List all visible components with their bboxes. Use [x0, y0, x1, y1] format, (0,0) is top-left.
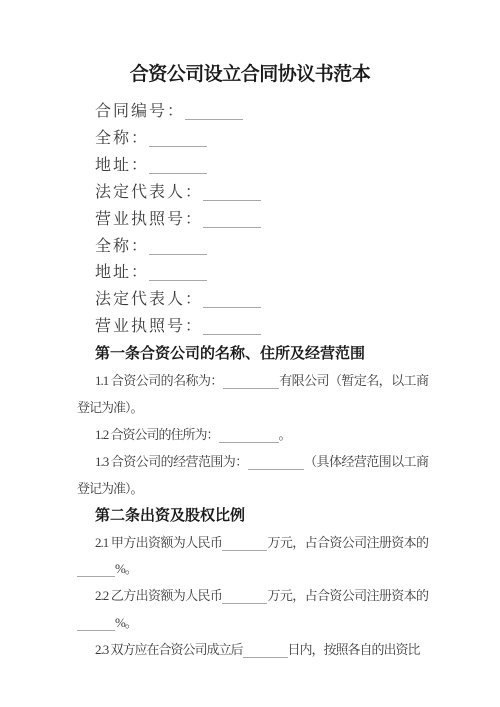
- field-blank: [185, 108, 243, 120]
- clause-text: 日内，按照各自的出资比: [288, 642, 420, 657]
- field-blank: [149, 162, 207, 174]
- fill-in-blank: [248, 458, 304, 470]
- section-heading: 第二条出资及股权比例: [77, 503, 428, 530]
- field-label: 合同编号：: [95, 103, 185, 120]
- field-label: 营业执照号：: [95, 318, 203, 335]
- field-blank: [149, 243, 207, 255]
- sections: 第一条合资公司的名称、住所及经营范围1.1 合资公司的名称为：有限公司（暂定名，…: [77, 341, 428, 664]
- clause-text: %。: [115, 561, 137, 576]
- field-line: 营业执照号：: [77, 314, 428, 341]
- field-label: 全称：: [95, 130, 149, 147]
- field-blank: [203, 216, 261, 228]
- fill-in-blank: [77, 565, 115, 577]
- field-line: 地址：: [77, 260, 428, 287]
- clause-text: 2.3 双方应在合资公司成立后: [95, 642, 243, 657]
- fill-in-blank: [222, 592, 267, 604]
- clause-text: 2.1 甲方出资额为人民币: [95, 535, 222, 550]
- clause-paragraph: 1.1 合资公司的名称为：有限公司（暂定名，以工商登记为准）。: [77, 368, 428, 422]
- field-label: 法定代表人：: [95, 291, 203, 308]
- field-line: 法定代表人：: [77, 180, 428, 207]
- field-label: 地址：: [95, 264, 149, 281]
- field-blank: [149, 269, 207, 281]
- clause-paragraph: 2.2 乙方出资额为人民币万元，占合资公司注册资本的%。: [77, 583, 428, 637]
- field-blank: [203, 323, 261, 335]
- field-line: 全称：: [77, 126, 428, 153]
- clause-paragraph: 1.2 合资公司的住所为：。: [77, 422, 428, 449]
- field-blank: [203, 296, 261, 308]
- field-label: 营业执照号：: [95, 211, 203, 228]
- fill-in-blank: [243, 646, 288, 658]
- field-label: 地址：: [95, 157, 149, 174]
- clause-paragraph: 1.3 合资公司的经营范围为：（具体经营范围以工商登记为准）。: [77, 449, 428, 503]
- fill-in-blank: [219, 431, 279, 443]
- field-line: 合同编号：: [77, 99, 428, 126]
- clause-paragraph: 2.3 双方应在合资公司成立后日内，按照各自的出资比: [77, 637, 428, 664]
- fields-list: 合同编号： 全称： 地址： 法定代表人： 营业执照号： 全称： 地址： 法定代表…: [77, 99, 428, 341]
- clause-text: 1.3 合资公司的经营范围为：: [95, 454, 248, 469]
- fill-in-blank: [223, 377, 279, 389]
- field-label: 全称：: [95, 238, 149, 255]
- field-label: 法定代表人：: [95, 184, 203, 201]
- section-heading: 第一条合资公司的名称、住所及经营范围: [77, 341, 428, 368]
- clause-text: 。: [279, 427, 291, 442]
- clause-text: 2.2 乙方出资额为人民币: [95, 588, 222, 603]
- clause-text: %。: [115, 615, 137, 630]
- document-page: 合资公司设立合同协议书范本 合同编号： 全称： 地址： 法定代表人： 营业执照号…: [0, 0, 500, 707]
- clause-text: 1.2 合资公司的住所为：: [95, 427, 219, 442]
- field-blank: [149, 135, 207, 147]
- fill-in-blank: [222, 539, 267, 551]
- clause-text: 万元，占合资公司注册资本的: [267, 535, 428, 550]
- field-blank: [203, 189, 261, 201]
- field-line: 地址：: [77, 153, 428, 180]
- field-line: 全称：: [77, 234, 428, 261]
- fill-in-blank: [77, 619, 115, 631]
- field-line: 法定代表人：: [77, 287, 428, 314]
- clause-text: 1.1 合资公司的名称为：: [95, 373, 223, 388]
- field-line: 营业执照号：: [77, 207, 428, 234]
- clause-text: 万元，占合资公司注册资本的: [267, 588, 428, 603]
- document-body: 合同编号： 全称： 地址： 法定代表人： 营业执照号： 全称： 地址： 法定代表…: [0, 99, 500, 664]
- document-title: 合资公司设立合同协议书范本: [0, 0, 500, 86]
- clause-paragraph: 2.1 甲方出资额为人民币万元，占合资公司注册资本的%。: [77, 530, 428, 584]
